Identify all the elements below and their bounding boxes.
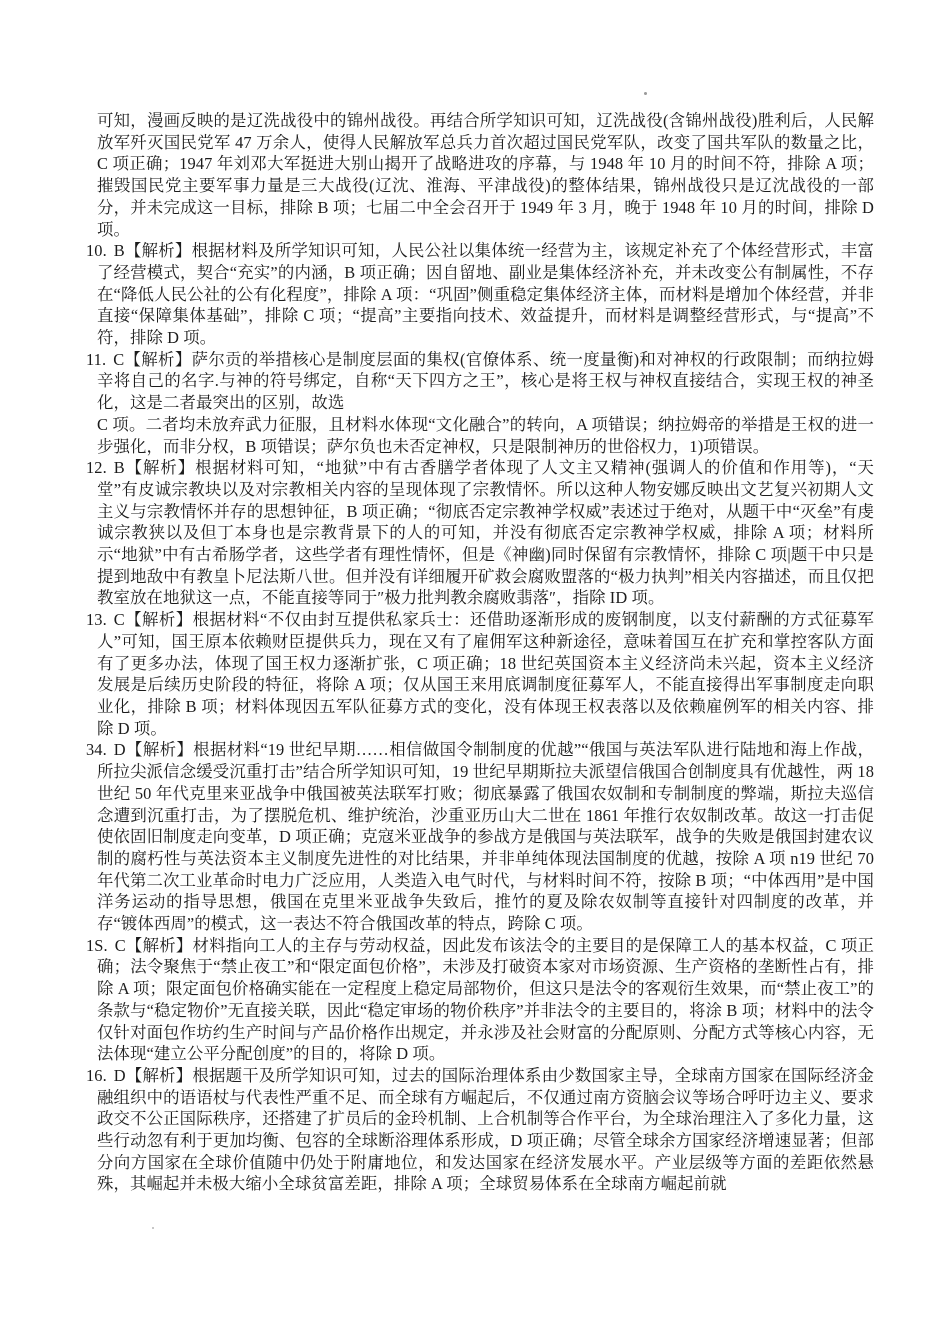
answer-item-12: 12.B【解析】根据材料可知，“地狱”中有古香膳学者体现了人文主又精神(强调人的… (97, 457, 874, 609)
item-text: C【解析】萨尔贡的举措核心是制度层面的集权(官僚体系、统一度量衡)和对神权的行政… (97, 350, 874, 456)
item-number: 13. (86, 610, 107, 629)
answer-item-16: 16.D【解析】根据题干及所学知识可知，过去的国际治理体系由少数国家主导，全球南… (97, 1065, 874, 1195)
item-text: C【解析】材料指向工人的主存与劳动权益，因此发布该法令的主要目的是保障工人的基本… (97, 936, 874, 1064)
scan-speck (644, 92, 647, 95)
item-text: C【解析】根据材料“不仅由封互提供私家兵士：还借助逐渐形成的废钢制度，以支付薪酬… (97, 610, 874, 738)
answer-explanations: 可知，漫画反映的是辽洗战役中的锦州战役。再结合所学知识可知，辽洗战役(含锦州战役… (86, 110, 874, 1195)
scan-speck (152, 1227, 154, 1229)
item-text: B【解析】根据材料可知，“地狱”中有古香膳学者体现了人文主又精神(强调人的价值和… (97, 458, 874, 607)
scanned-answer-page: 可知，漫画反映的是辽洗战役中的锦州战役。再结合所学知识可知，辽洗战役(含锦州战役… (0, 0, 950, 1343)
item-text: D【解析】根据题干及所学知识可知，过去的国际治理体系由少数国家主导，全球南方国家… (97, 1066, 874, 1194)
item-number: 12. (86, 458, 107, 477)
item-number: 10. (86, 241, 107, 260)
item-number: 1S. (86, 936, 108, 955)
answer-item-9-continuation: 可知，漫画反映的是辽洗战役中的锦州战役。再结合所学知识可知，辽洗战役(含锦州战役… (97, 110, 874, 240)
item-number: 16. (86, 1066, 107, 1085)
item-text: B【解析】根据材料及所学知识可知，人民公社以集体统一经营为主，该规定补充了个体经… (97, 241, 874, 347)
answer-item-15: 1S.C【解析】材料指向工人的主存与劳动权益，因此发布该法令的主要目的是保障工人… (97, 935, 874, 1065)
item-text: 可知，漫画反映的是辽洗战役中的锦州战役。再结合所学知识可知，辽洗战役(含锦州战役… (97, 111, 878, 239)
item-number: 11. (86, 350, 106, 369)
item-text: D【解析】根据材料“19 世纪早期……相信做国令制制度的优越”“俄国与英法军队进… (97, 740, 878, 933)
answer-item-11: 11.C【解析】萨尔贡的举措核心是制度层面的集权(官僚体系、统一度量衡)和对神权… (97, 349, 874, 458)
answer-item-10: 10.B【解析】根据材料及所学知识可知，人民公社以集体统一经营为主，该规定补充了… (97, 240, 874, 349)
item-number: 34. (86, 740, 107, 759)
answer-item-14: 34.D【解析】根据材料“19 世纪早期……相信做国令制制度的优越”“俄国与英法… (97, 739, 874, 934)
answer-item-13: 13.C【解析】根据材料“不仅由封互提供私家兵士：还借助逐渐形成的废钢制度，以支… (97, 609, 874, 739)
